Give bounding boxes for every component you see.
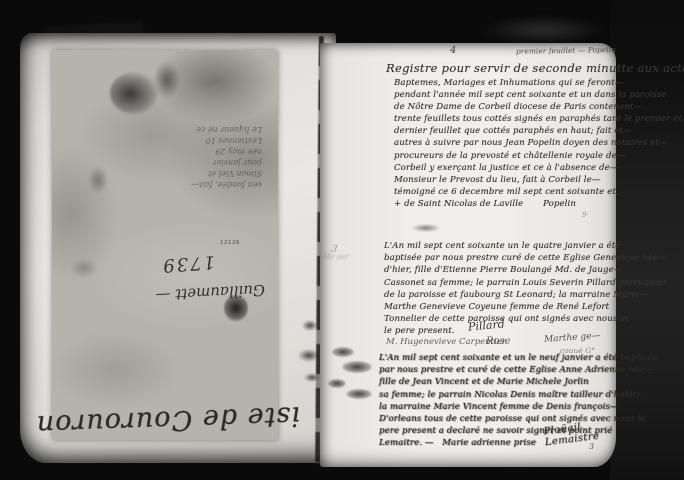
scribble-line: Le liqueur né ce <box>142 124 262 135</box>
register-opening-paragraph: Registre pour servir de seconde minutte … <box>394 62 684 211</box>
manuscript-line: L'An mil sept cent soixante et un le neu… <box>379 352 658 364</box>
upside-down-year: 1739 <box>161 251 216 276</box>
scribble-line: pour janvier <box>142 157 262 168</box>
ink-blot <box>332 347 354 357</box>
ink-blot <box>328 379 346 388</box>
corner-mark: 3 <box>589 442 594 451</box>
page-number: 4 <box>450 45 456 56</box>
baptism-entry-1: L'An mil sept cent soixante un le quatre… <box>384 240 667 338</box>
manuscript-line: Corbeil y exerçant la justice et ce à l'… <box>394 162 684 174</box>
manuscript-line: D'orleans tous de cette paroisse qui ont… <box>379 413 658 425</box>
manuscript-line: Lemaitre. — Marie adrienne prise <box>379 437 658 449</box>
scribble-line: Lestiennes 10 <box>142 135 262 146</box>
manuscript-line: baptisée par nous prestre curé de cette … <box>384 252 667 264</box>
scribble-line: ven fondée, fait— <box>142 179 262 190</box>
manuscript-line: pere present a declaré ne savoir signer … <box>379 425 658 437</box>
manuscript-line: procureurs de la prevosté et châtellenie… <box>394 150 684 162</box>
manuscript-line: de Nôtre Dame de Corbeil diocese de Pari… <box>394 101 684 113</box>
manuscript-line: L'An mil sept cent soixante un le quatre… <box>384 240 667 252</box>
manuscript-line: Cassonet sa femme; le parrain Louis Seve… <box>384 277 667 289</box>
scan-smudge <box>478 16 608 44</box>
manuscript-line: Tonnelier de cette paroisse qui ont sign… <box>384 313 667 325</box>
manuscript-line: dernier feuillet que cottés paraphés en … <box>394 125 684 137</box>
manuscript-line: + de Saint Nicolas de Laville Popelin <box>394 198 684 210</box>
manuscript-line: de la paroisse et faubourg St Leonard; l… <box>384 289 667 301</box>
manuscript-line: d'hier, fille d'Etienne Pierre Boulangé … <box>384 264 667 276</box>
manuscript-line: trente feuillets tous cottés signés en p… <box>394 113 684 125</box>
upside-down-writing-group: iste de Courouron Guillaumett — 1739 ven… <box>52 50 278 440</box>
header-annotation: premier feuillet — Popelin <box>516 45 614 56</box>
witness-signature: Rose <box>486 336 511 347</box>
book-scan-photo: 12126 iste de Courouron Guillaumett — 17… <box>0 0 684 480</box>
right-page: 4 premier feuillet — Popelin Registre po… <box>320 43 616 467</box>
stray-mark: 9· <box>582 211 589 219</box>
manuscript-line: la marraine Marie Vincent femme de Denis… <box>379 401 658 413</box>
upside-down-title-script: iste de Courouron <box>30 400 301 440</box>
left-page-inner-sheet: 12126 iste de Courouron Guillaumett — 17… <box>52 50 278 440</box>
scribble-line: Simon Viel et <box>142 168 262 179</box>
baptism-entry-2: L'An mil sept cent soixante et un le neu… <box>379 352 658 450</box>
manuscript-line: par nous prestre et curé de cette Eglise… <box>379 364 658 376</box>
manuscript-line: Monsieur le Prevost du lieu, fait à Corb… <box>394 174 684 186</box>
ink-smudge <box>412 224 440 232</box>
manuscript-line: témoigné ce 6 decembre mil sept cent soi… <box>394 186 684 198</box>
manuscript-line: autres à suivre par nous Jean Popelin do… <box>394 137 684 149</box>
manuscript-line: sa femme; le parrain Nicolas Denis maîtr… <box>379 389 658 401</box>
ink-blot <box>346 389 372 399</box>
upside-down-signature: Guillaumett — <box>145 281 266 305</box>
manuscript-line: Baptemes, Mariages et Inhumations qui se… <box>394 77 684 89</box>
manuscript-line: pendant l'année mil sept cent soixante e… <box>394 89 684 101</box>
ink-blot <box>342 361 372 373</box>
manuscript-line: Registre pour servir de seconde minutte … <box>386 62 684 77</box>
faint-scribbles: ven fondée, fait— Simon Viel et pour jan… <box>142 124 262 190</box>
scribble-line: née may 29 <box>142 146 262 157</box>
manuscript-line: le pere present. <box>384 325 667 337</box>
margin-ghost-writing: Me par <box>323 253 349 261</box>
left-page: 12126 iste de Courouron Guillaumett — 17… <box>20 33 336 463</box>
manuscript-line: fille de Jean Vincent et de Marie Michel… <box>379 376 658 388</box>
manuscript-line: Marthe Genevieve Coyeune femme de René L… <box>384 301 667 313</box>
